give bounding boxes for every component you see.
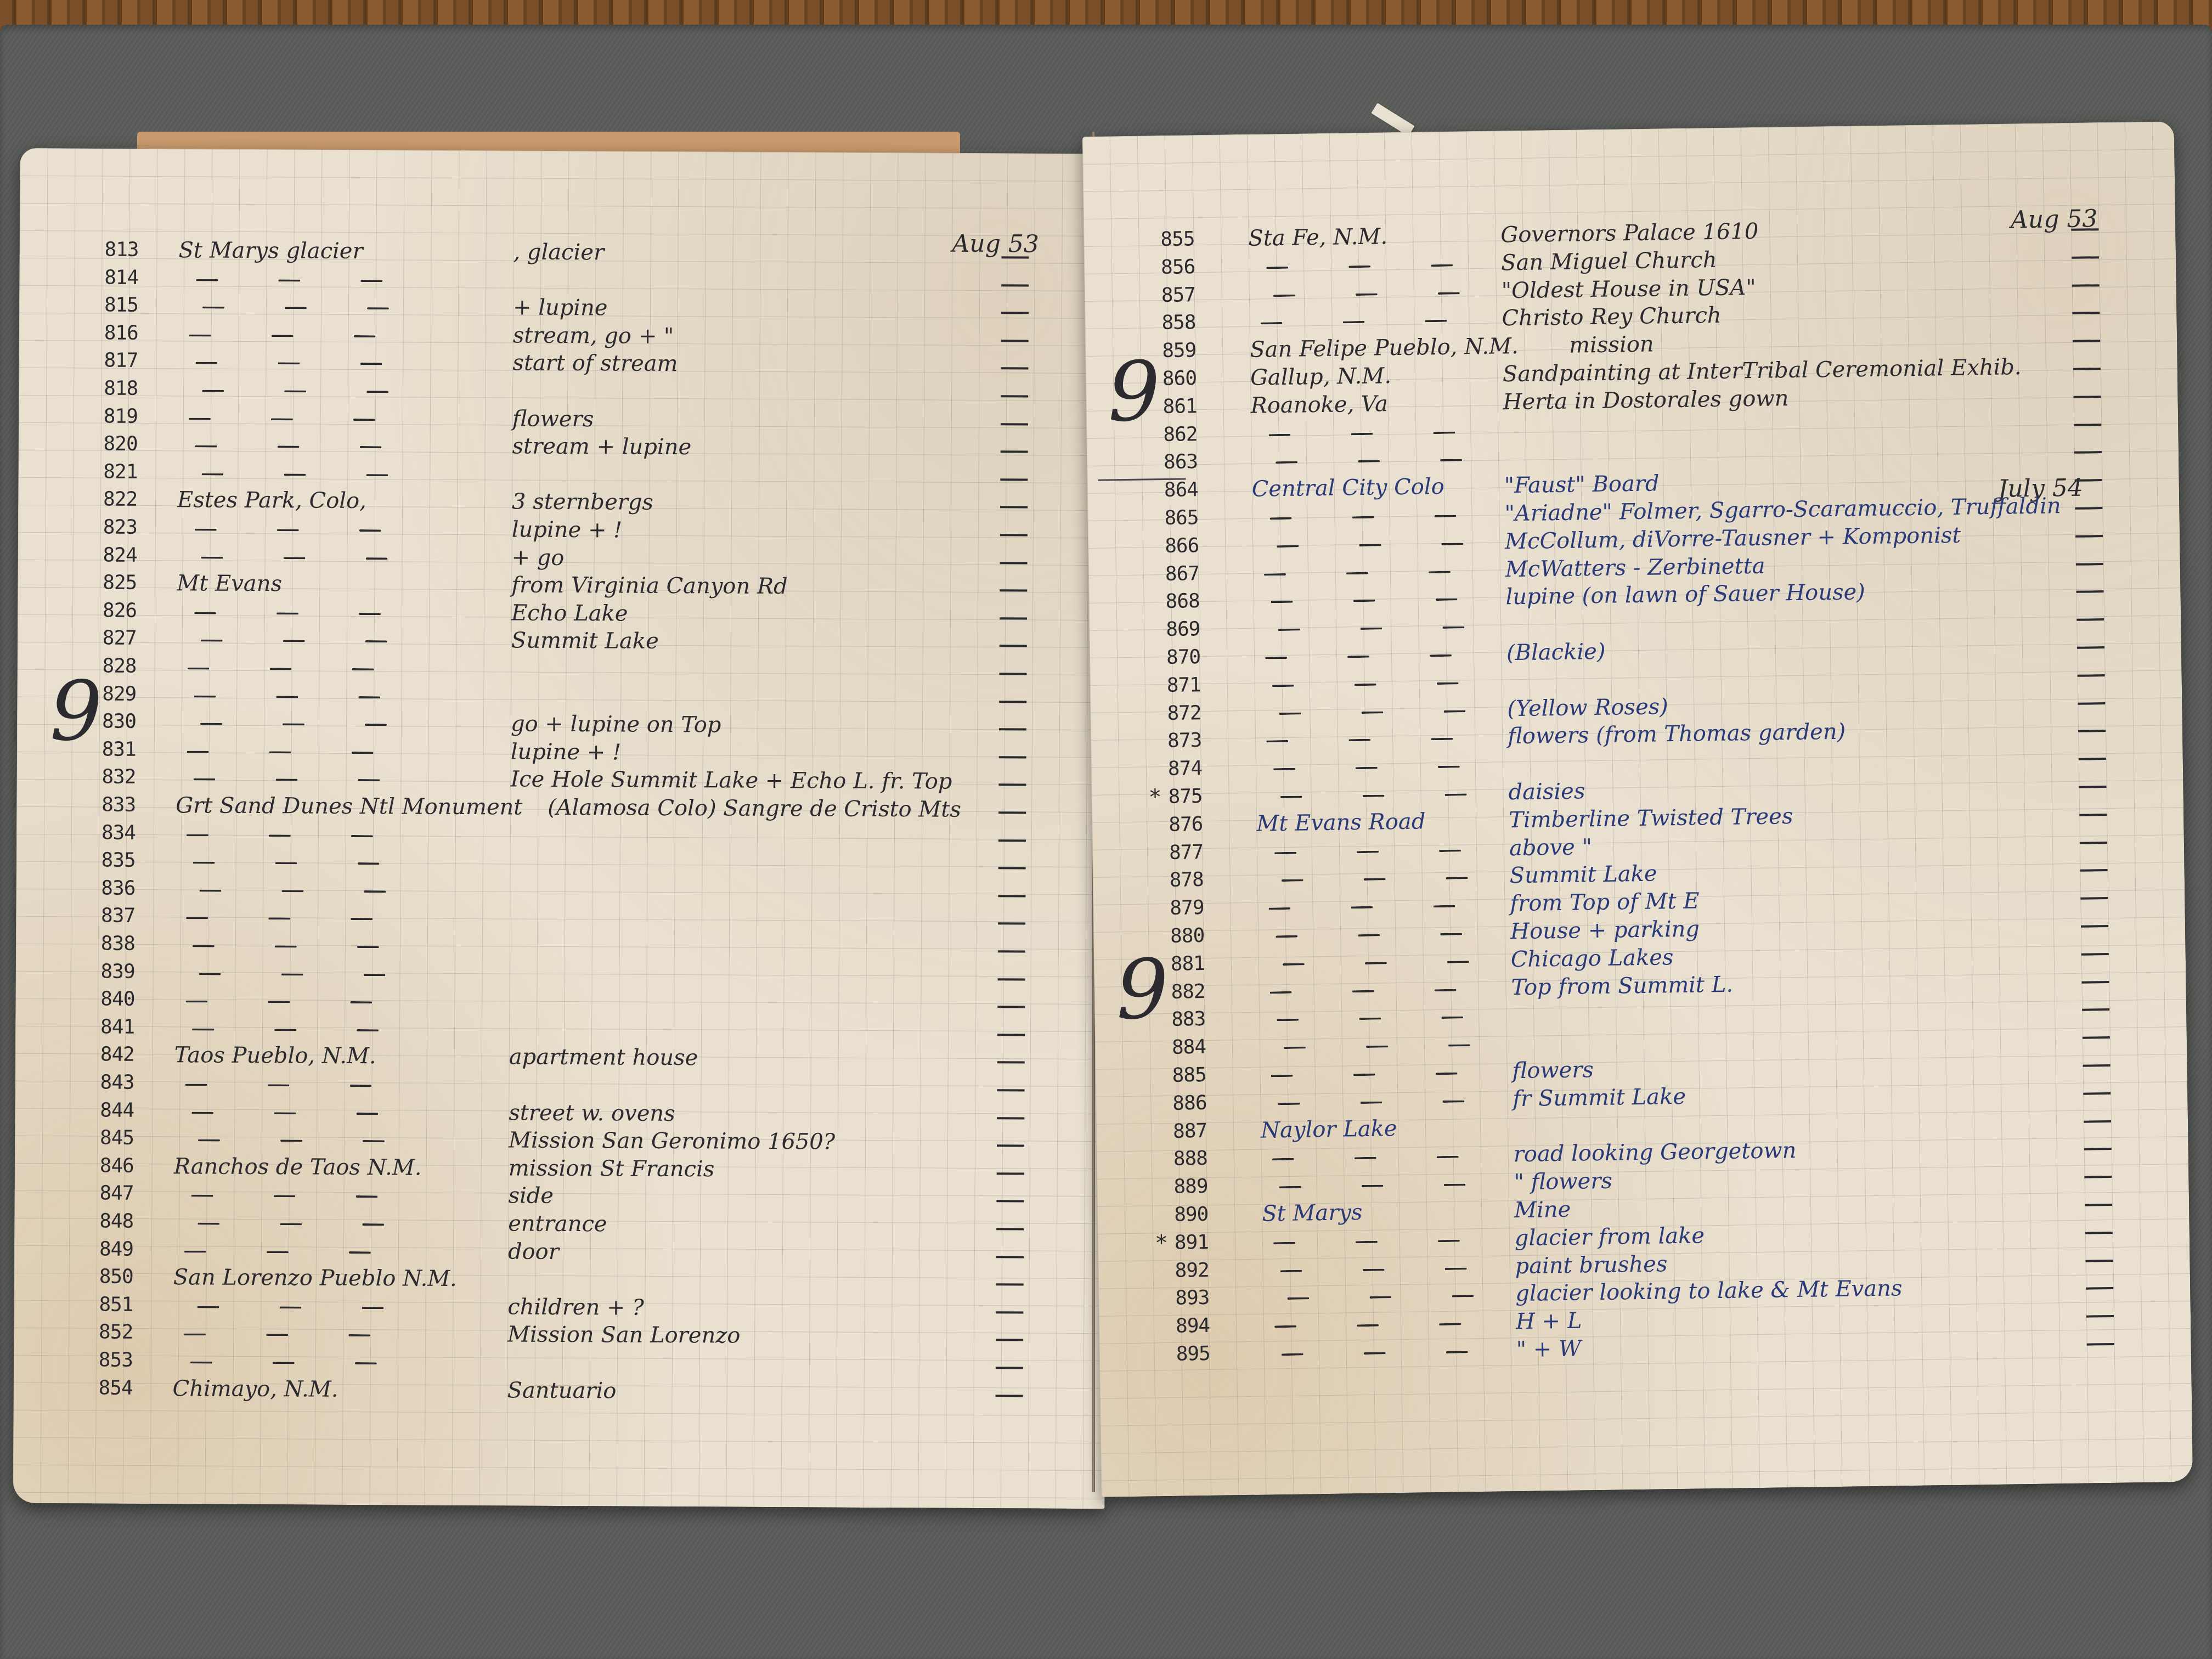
ditto-mark	[1440, 933, 1462, 935]
ditto-mark	[351, 918, 373, 920]
frame-number: 860	[1163, 365, 1197, 393]
ditto-mark	[1359, 544, 1381, 546]
ditto-mark	[1271, 1075, 1293, 1077]
frame-number: 824	[103, 541, 137, 569]
tally-tick	[2074, 424, 2101, 426]
ditto-mark	[1447, 961, 1469, 963]
ditto-mark	[274, 1112, 296, 1114]
ditto-mark	[1442, 1100, 1464, 1103]
ditto-mark	[187, 834, 208, 836]
entry-detail: Herta in Dostorales gown	[1503, 385, 1788, 416]
frame-number: 833	[101, 792, 136, 819]
ditto-mark	[1271, 601, 1293, 603]
ditto-mark	[1438, 292, 1460, 295]
tally-tick	[999, 728, 1026, 730]
tally-tick	[2071, 228, 2098, 231]
ditto-mark	[1265, 657, 1287, 659]
ditto-mark	[193, 862, 215, 864]
frame-number: 854	[99, 1374, 133, 1402]
ditto-mark	[184, 1250, 206, 1252]
tally-tick	[2072, 256, 2099, 259]
ditto-mark	[1360, 1101, 1382, 1104]
ditto-mark	[366, 557, 388, 560]
entry-detail: Mine	[1514, 1196, 1571, 1224]
frame-number: 878	[1169, 866, 1204, 894]
tally-tick	[998, 867, 1026, 869]
ditto-mark	[274, 1029, 296, 1031]
frame-number: 821	[103, 458, 137, 486]
ditto-mark	[280, 1140, 302, 1142]
tally-tick	[2081, 925, 2108, 928]
ditto-mark	[277, 529, 299, 531]
frame-number: 845	[100, 1125, 134, 1152]
ditto-mark	[281, 973, 303, 975]
entry-detail: glacier looking to lake & Mt Evans	[1515, 1275, 1903, 1308]
ditto-mark	[1360, 628, 1382, 630]
ditto-mark	[186, 917, 208, 919]
frame-number: 895	[1176, 1340, 1210, 1368]
tally-tick	[2081, 981, 2109, 984]
tally-tick	[2074, 396, 2101, 398]
tally-tick	[2080, 897, 2108, 900]
ditto-mark	[283, 724, 304, 726]
tally-tick	[2076, 618, 2104, 621]
frame-number: 889	[1173, 1173, 1208, 1201]
ditto-mark	[1343, 321, 1365, 324]
ditto-mark	[278, 445, 300, 448]
ditto-mark	[279, 1306, 301, 1308]
tally-tick	[1000, 534, 1028, 536]
ditto-mark	[194, 612, 216, 614]
tally-tick	[2075, 507, 2102, 510]
tally-tick	[1001, 256, 1029, 258]
entry-detail: House + parking	[1510, 915, 1700, 945]
star-mark: *	[1156, 1229, 1167, 1257]
frame-number: 859	[1162, 337, 1197, 365]
tally-tick	[1000, 478, 1028, 481]
ditto-mark	[1433, 431, 1455, 434]
frame-number: 863	[1164, 449, 1198, 477]
ditto-mark	[1277, 545, 1299, 548]
frame-number: 813	[104, 236, 138, 264]
frame-number: 871	[1166, 672, 1201, 699]
entry-subject: Mt Evans Road	[1256, 808, 1426, 837]
ditto-mark	[190, 1361, 212, 1363]
entry-detail: stream, go + "	[513, 321, 674, 350]
frame-number: 858	[1161, 309, 1196, 337]
ditto-mark	[199, 973, 221, 975]
ditto-mark	[364, 890, 386, 893]
frame-number: 882	[1171, 978, 1205, 1006]
frame-number: 891	[1175, 1229, 1209, 1257]
ditto-mark	[1425, 320, 1447, 323]
frame-number: 828	[102, 653, 136, 680]
ditto-mark	[185, 1084, 207, 1086]
ditto-mark	[1446, 1351, 1468, 1353]
ditto-mark	[1364, 1352, 1386, 1355]
star-mark: *	[1149, 783, 1161, 811]
entry-subject: Gallup, N.M.	[1250, 362, 1392, 392]
ditto-mark	[1273, 768, 1295, 771]
frame-number: 881	[1171, 950, 1205, 978]
entry-subject: Naylor Lake	[1261, 1115, 1397, 1144]
tally-tick	[2075, 479, 2102, 482]
ditto-mark	[270, 668, 292, 670]
ditto-mark	[1273, 1242, 1295, 1245]
entry-detail: 3 sternbergs	[512, 488, 653, 516]
ditto-mark	[1264, 573, 1286, 576]
ditto-mark	[1356, 1240, 1378, 1243]
entry-detail: Echo Lake	[511, 599, 628, 627]
ditto-mark	[360, 446, 382, 448]
ditto-mark	[1365, 962, 1387, 964]
tally-tick	[996, 1339, 1023, 1341]
frame-number: 844	[100, 1097, 134, 1124]
tally-tick	[997, 1062, 1025, 1064]
tally-tick	[997, 1172, 1024, 1175]
ditto-mark	[1437, 1156, 1459, 1159]
ditto-mark	[367, 307, 389, 309]
ditto-mark	[1363, 794, 1385, 797]
tally-tick	[2084, 1120, 2111, 1123]
left-notebook-page: Aug 53 9 813St Marys glacier, glacier814…	[13, 148, 1112, 1509]
ditto-mark	[195, 362, 217, 364]
frame-number: 888	[1173, 1145, 1207, 1173]
frame-number: 877	[1169, 839, 1204, 867]
entry-detail: (Yellow Roses)	[1507, 693, 1668, 723]
ditto-mark	[358, 862, 380, 865]
ditto-mark	[184, 1334, 206, 1336]
frame-number: 816	[104, 319, 138, 347]
entry-detail: stream + lupine	[512, 433, 692, 461]
frame-number: 817	[104, 347, 138, 375]
tally-tick	[1000, 562, 1028, 564]
ditto-mark	[201, 640, 223, 642]
entry-detail: flowers	[512, 405, 594, 433]
ditto-mark	[1445, 793, 1467, 796]
tally-tick	[2086, 1315, 2114, 1318]
ditto-mark	[1273, 294, 1295, 297]
ditto-mark	[187, 751, 209, 753]
ditto-mark	[1441, 1017, 1463, 1019]
entry-detail: Mission San Lorenzo	[507, 1321, 741, 1350]
tally-tick	[2082, 1008, 2109, 1011]
frame-number: 853	[99, 1347, 133, 1374]
frame-number: 834	[101, 819, 136, 847]
tally-tick	[2083, 1064, 2111, 1067]
ditto-mark	[276, 612, 298, 614]
ditto-mark	[1282, 879, 1304, 882]
frame-number: 880	[1170, 922, 1205, 950]
entry-detail: start of stream	[512, 349, 678, 378]
frame-number: 852	[99, 1319, 133, 1346]
ditto-mark	[1268, 907, 1290, 910]
ditto-mark	[1355, 1157, 1376, 1160]
ditto-mark	[357, 946, 379, 948]
frame-number: 815	[104, 292, 138, 319]
entry-detail: Christo Rey Church	[1502, 302, 1722, 332]
frame-number: 856	[1161, 253, 1195, 281]
entry-detail: + go	[511, 544, 564, 572]
entry-detail: fr Summit Lake	[1513, 1083, 1686, 1113]
entry-subject: San Felipe Pueblo, N.M.	[1250, 332, 1519, 364]
entry-subject: Grt Sand Dunes Ntl Monument	[176, 792, 523, 821]
ditto-mark	[266, 1334, 288, 1336]
tally-tick	[2072, 312, 2100, 315]
ditto-mark	[272, 335, 294, 337]
frame-number: 832	[101, 764, 136, 791]
entry-detail: door	[508, 1238, 559, 1265]
ditto-mark	[278, 279, 300, 281]
ditto-mark	[1439, 1323, 1461, 1326]
ditto-mark	[273, 1362, 295, 1364]
ditto-mark	[1277, 1019, 1299, 1022]
ditto-mark	[348, 1334, 370, 1336]
entry-detail: (Alamosa Colo) Sangre de Cristo Mts	[548, 794, 961, 823]
entry-detail: McWatters - Zerbinetta	[1505, 552, 1765, 583]
frame-number: 870	[1166, 644, 1201, 672]
frame-number: 819	[104, 403, 138, 430]
right-notebook-page: Aug 53 July 54 9 9 855Sta Fe, N.M.Govern…	[1082, 121, 2193, 1497]
entry-detail: + lupine	[513, 294, 608, 322]
ditto-mark	[1266, 267, 1288, 269]
entry-detail: lupine (on lawn of Sauer House)	[1505, 579, 1865, 611]
ditto-mark	[1431, 264, 1453, 267]
tally-tick	[2079, 758, 2106, 760]
entry-detail: mission	[1569, 331, 1654, 359]
ditto-mark	[354, 335, 376, 337]
ditto-mark	[1261, 322, 1283, 325]
ditto-mark	[1358, 460, 1380, 463]
ditto-mark	[1436, 599, 1458, 601]
entry-subject: St Marys	[1262, 1199, 1363, 1228]
tally-tick	[1001, 284, 1029, 286]
entry-detail: above "	[1509, 833, 1593, 862]
tally-tick	[996, 1367, 1023, 1369]
entry-subject: Ranchos de Taos N.M.	[174, 1153, 422, 1181]
ditto-mark	[1443, 710, 1465, 713]
ditto-mark	[198, 1223, 219, 1225]
ditto-mark	[189, 417, 211, 420]
ditto-mark	[195, 528, 217, 531]
entry-detail: San Miguel Church	[1501, 246, 1717, 276]
ditto-mark	[1441, 543, 1463, 545]
frame-number: 883	[1171, 1006, 1206, 1034]
ditto-mark	[1445, 1267, 1467, 1270]
frame-number: 894	[1176, 1312, 1210, 1340]
ditto-mark	[1362, 1185, 1384, 1188]
tally-tick	[996, 1228, 1024, 1230]
entry-detail: Timberline Twisted Trees	[1509, 803, 1793, 834]
ditto-mark	[268, 1001, 290, 1003]
ditto-mark	[1276, 935, 1297, 938]
ditto-mark	[1270, 991, 1292, 994]
log-entry: 854Chimayo, N.M.Santuario	[14, 1374, 1105, 1407]
frame-number: 885	[1172, 1062, 1206, 1090]
tally-tick	[2087, 1343, 2114, 1346]
ditto-mark	[269, 834, 291, 837]
frame-number: 840	[100, 986, 134, 1013]
ditto-mark	[1276, 461, 1297, 464]
ditto-mark	[1446, 877, 1468, 880]
ditto-mark	[359, 613, 381, 615]
frame-number: 867	[1165, 560, 1200, 588]
ditto-mark	[268, 1084, 290, 1086]
tally-tick	[2073, 368, 2101, 370]
ditto-mark	[1274, 1325, 1296, 1328]
tally-tick	[1001, 340, 1029, 342]
entry-subject: San Lorenzo Pueblo N.M.	[173, 1263, 457, 1293]
frame-number: 850	[99, 1263, 133, 1291]
entry-detail: from Virginia Canyon Rd	[511, 572, 788, 601]
entry-detail: (Blackie)	[1506, 638, 1606, 667]
ditto-mark	[1438, 766, 1460, 769]
ditto-mark	[191, 1195, 213, 1197]
ditto-mark	[365, 641, 387, 643]
frame-number: 874	[1168, 755, 1203, 783]
ditto-mark	[202, 390, 224, 392]
frame-number: 827	[103, 625, 137, 652]
ditto-mark	[275, 945, 297, 947]
entry-subject: Central City Colo	[1251, 473, 1444, 503]
ditto-mark	[356, 1195, 377, 1198]
tally-tick	[2080, 842, 2107, 844]
tally-tick	[1001, 423, 1028, 425]
tally-tick	[996, 1256, 1024, 1258]
entry-detail: road looking Georgetown	[1513, 1137, 1796, 1168]
ditto-mark	[198, 1139, 220, 1142]
entry-detail: lupine + !	[511, 738, 622, 766]
frame-number: 825	[103, 569, 137, 597]
frame-number: 820	[104, 431, 138, 458]
ditto-mark	[1352, 990, 1374, 992]
ditto-mark	[1439, 849, 1461, 852]
frame-number: 814	[104, 264, 138, 291]
ditto-mark	[280, 1223, 302, 1225]
tally-tick	[2085, 1204, 2112, 1206]
ditto-mark	[268, 918, 290, 920]
ditto-mark	[199, 889, 221, 891]
ditto-mark	[1282, 1353, 1304, 1356]
ditto-mark	[1347, 656, 1369, 658]
ditto-mark	[200, 723, 222, 725]
ditto-mark	[1442, 627, 1464, 629]
ditto-mark	[366, 474, 388, 476]
ditto-mark	[1280, 796, 1302, 799]
ditto-mark	[201, 556, 223, 558]
entry-detail: Summit Lake	[511, 627, 659, 655]
ditto-mark	[1278, 1102, 1300, 1105]
entry-detail: mission St Francis	[509, 1154, 715, 1183]
tally-tick	[2081, 953, 2109, 956]
tally-tick	[997, 1034, 1025, 1036]
frame-number: 822	[103, 486, 137, 513]
entry-subject: Roanoke, Va	[1250, 390, 1388, 419]
tally-tick	[999, 756, 1026, 758]
ditto-mark	[1272, 1158, 1294, 1161]
entry-detail: "Faust" Board	[1504, 470, 1659, 500]
ditto-mark	[191, 1111, 213, 1114]
tally-tick	[2074, 452, 2102, 454]
frame-number: 829	[102, 680, 136, 708]
tally-tick	[1000, 589, 1027, 591]
frame-number: 842	[100, 1041, 134, 1069]
entry-detail: Chicago Lakes	[1510, 944, 1673, 973]
entry-detail: glacier from lake	[1515, 1222, 1705, 1252]
tally-tick	[2072, 284, 2100, 287]
ditto-mark	[1452, 1295, 1474, 1298]
tally-tick	[2085, 1232, 2113, 1234]
tally-tick	[997, 1144, 1024, 1147]
frame-number: 823	[103, 514, 137, 541]
entry-detail: lupine + !	[512, 516, 623, 544]
frame-number: 875	[1168, 783, 1203, 811]
frame-number: 831	[102, 736, 136, 763]
frame-number: 886	[1172, 1090, 1207, 1118]
ditto-mark	[364, 974, 386, 976]
ditto-mark	[357, 1029, 379, 1031]
ditto-mark	[284, 557, 306, 559]
entry-subject: St Marys glacier	[178, 236, 363, 265]
ditto-mark	[1444, 1184, 1466, 1187]
ditto-mark	[281, 890, 303, 892]
frame-number: 887	[1173, 1118, 1207, 1145]
ditto-mark	[1359, 1018, 1381, 1020]
ditto-mark	[353, 419, 375, 421]
ditto-mark	[350, 1085, 372, 1087]
entry-detail: paint brushes	[1515, 1250, 1667, 1280]
ditto-mark	[1287, 1297, 1309, 1300]
entry-detail: flowers	[1512, 1056, 1594, 1085]
tally-tick	[998, 978, 1025, 980]
ditto-mark	[269, 751, 291, 753]
ditto-mark	[1364, 878, 1386, 881]
ditto-mark	[267, 1251, 289, 1253]
tally-tick	[1001, 395, 1028, 397]
ditto-mark	[284, 473, 306, 476]
frame-number: 841	[100, 1013, 134, 1041]
entry-detail: , glacier	[513, 239, 604, 267]
entry-subject: Chimayo, N.M.	[173, 1375, 338, 1403]
tally-tick	[996, 1200, 1024, 1203]
frame-number: 879	[1170, 894, 1204, 922]
tally-tick	[998, 895, 1025, 897]
ditto-mark	[362, 1307, 383, 1309]
ditto-mark	[352, 752, 374, 754]
frame-number: 890	[1174, 1201, 1209, 1229]
ditto-mark	[1355, 683, 1376, 686]
tally-tick	[997, 1089, 1025, 1091]
tally-tick	[2075, 535, 2103, 538]
frame-number: 868	[1165, 588, 1200, 616]
frame-number: 838	[101, 930, 135, 958]
tally-tick	[999, 701, 1026, 703]
ditto-mark	[362, 1223, 384, 1226]
ditto-mark	[1429, 571, 1451, 573]
ditto-mark	[1348, 739, 1370, 742]
entry-subject: Mt Evans	[177, 570, 282, 598]
tally-tick	[2083, 1036, 2110, 1039]
entry-detail: Top from Summit L.	[1511, 970, 1733, 1001]
tally-tick	[1001, 312, 1029, 314]
ditto-mark	[195, 445, 217, 448]
ditto-mark	[352, 668, 374, 670]
frame-number: 869	[1166, 616, 1200, 644]
entry-subject: Sta Fe, N.M.	[1248, 223, 1387, 252]
ditto-mark	[278, 363, 300, 365]
entry-detail: " + W	[1516, 1335, 1581, 1364]
ditto-mark	[1431, 738, 1453, 741]
